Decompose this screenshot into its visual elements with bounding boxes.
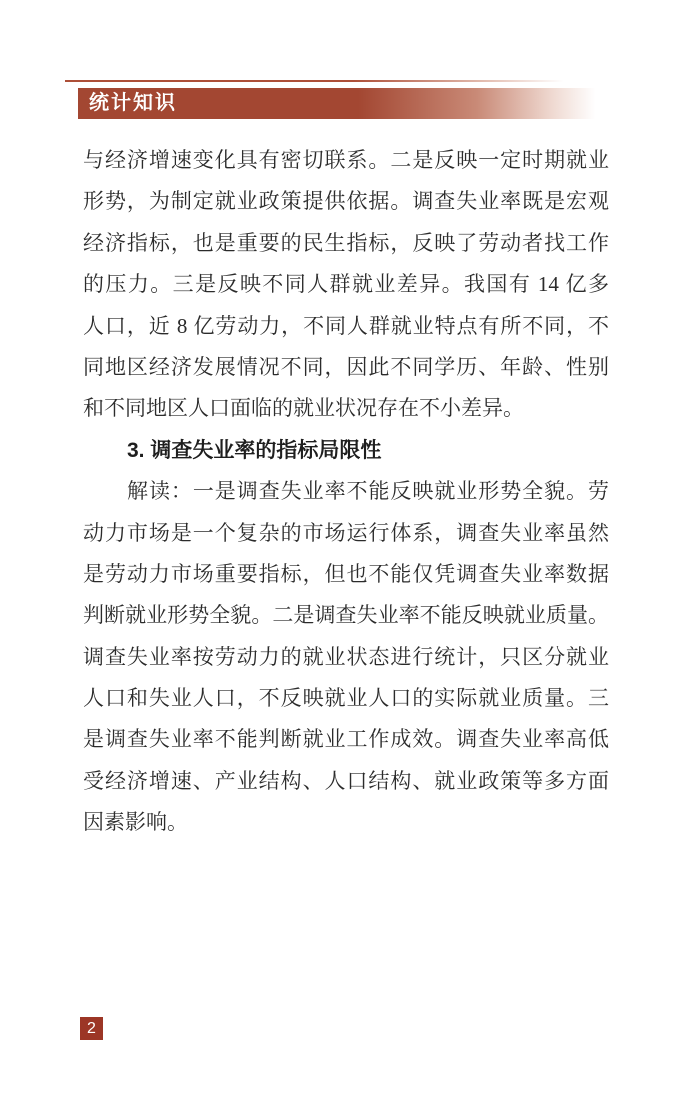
subsection-heading: 3. 调查失业率的指标局限性 [83, 430, 609, 471]
text-line: 是劳动力市场重要指标，但也不能仅凭调查失业率数据 [83, 554, 609, 595]
document-page: 统计知识 与经济增速变化具有密切联系。二是反映一定时期就业 形势，为制定就业政策… [0, 0, 680, 1093]
page-number-box: 2 [80, 1017, 103, 1040]
text-line: 受经济增速、产业结构、人口结构、就业政策等多方面 [83, 761, 609, 802]
text-line: 形势，为制定就业政策提供依据。调查失业率既是宏观 [83, 181, 609, 222]
page-number: 2 [87, 1021, 96, 1037]
section-title: 统计知识 [78, 88, 177, 119]
text-line: 同地区经济发展情况不同，因此不同学历、年龄、性别 [83, 347, 609, 388]
text-line: 判断就业形势全貌。二是调查失业率不能反映就业质量。 [83, 595, 609, 636]
section-header-band: 统计知识 [78, 88, 617, 119]
text-line: 是调查失业率不能判断就业工作成效。调查失业率高低 [83, 719, 609, 760]
text-line: 因素影响。 [83, 802, 609, 843]
text-line: 的压力。三是反映不同人群就业差异。我国有 14 亿多 [83, 264, 609, 305]
text-line: 调查失业率按劳动力的就业状态进行统计，只区分就业 [83, 637, 609, 678]
text-line: 与经济增速变化具有密切联系。二是反映一定时期就业 [83, 140, 609, 181]
text-line: 和不同地区人口面临的就业状况存在不小差异。 [83, 388, 609, 429]
text-line: 动力市场是一个复杂的市场运行体系，调查失业率虽然 [83, 513, 609, 554]
text-line: 解读：一是调查失业率不能反映就业形势全貌。劳 [83, 471, 609, 512]
page-body: 与经济增速变化具有密切联系。二是反映一定时期就业 形势，为制定就业政策提供依据。… [83, 140, 609, 844]
text-line: 经济指标，也是重要的民生指标，反映了劳动者找工作 [83, 223, 609, 264]
header-accent-line [65, 80, 590, 82]
text-line: 人口，近 8 亿劳动力，不同人群就业特点有所不同，不 [83, 306, 609, 347]
text-line: 人口和失业人口，不反映就业人口的实际就业质量。三 [83, 678, 609, 719]
